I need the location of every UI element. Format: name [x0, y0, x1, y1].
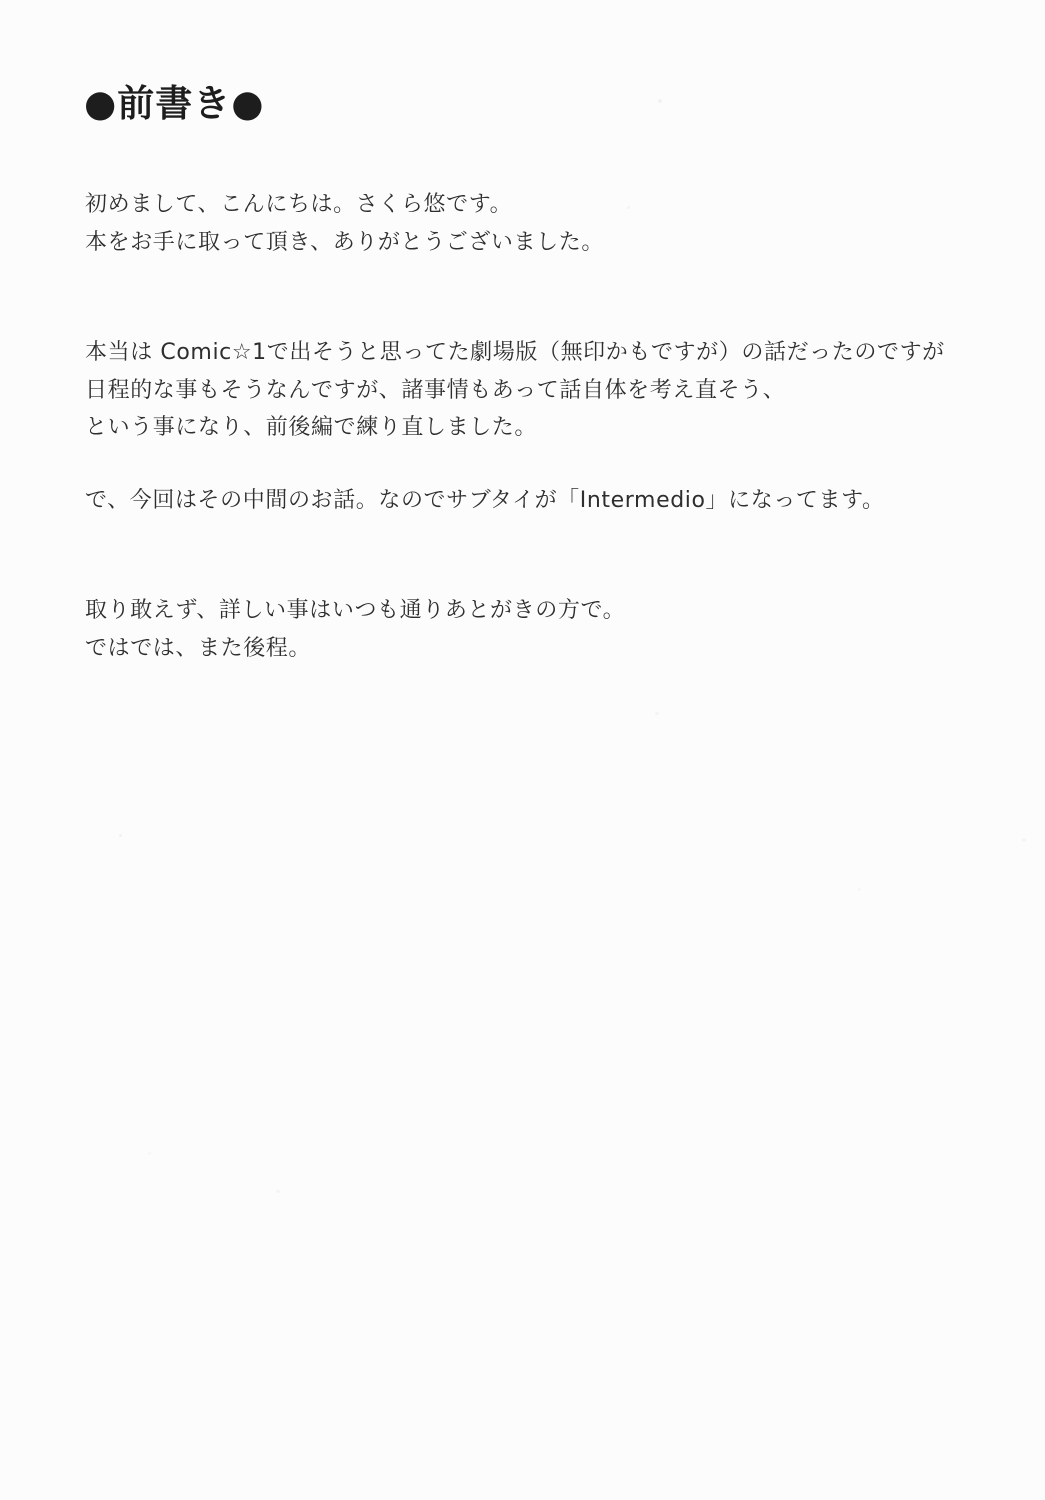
- scan-speck: [658, 99, 662, 103]
- text-line: ではでは、また後程。: [85, 630, 625, 668]
- scan-speck: [1022, 838, 1026, 842]
- scan-speck: [276, 1190, 280, 1193]
- text-line: という事になり、前後編で練り直しました。: [85, 409, 945, 447]
- scan-speck: [119, 834, 122, 837]
- scan-speck: [655, 712, 659, 715]
- scan-speck: [858, 888, 861, 891]
- scan-speck: [148, 1152, 151, 1155]
- paragraph-subtitle-note: で、今回はその中間のお話。なのでサブタイが「Intermedio」になってます。: [85, 482, 885, 520]
- text-line: 日程的な事もそうなんですが、諸事情もあって話自体を考え直そう、: [85, 372, 945, 410]
- text-line: 本当は Comic☆1で出そうと思ってた劇場版（無印かもですが）の話だったのです…: [85, 334, 945, 372]
- text-line: 初めまして、こんにちは。さくら悠です。: [85, 186, 604, 224]
- paragraph-greeting: 初めまして、こんにちは。さくら悠です。 本をお手に取って頂き、ありがとうございま…: [85, 186, 604, 261]
- text-line: で、今回はその中間のお話。なのでサブタイが「Intermedio」になってます。: [85, 482, 885, 520]
- text-line: 本をお手に取って頂き、ありがとうございました。: [85, 224, 604, 262]
- scan-speck: [627, 206, 630, 209]
- paragraph-closing: 取り敢えず、詳しい事はいつも通りあとがきの方で。 ではでは、また後程。: [85, 592, 625, 667]
- text-line: 取り敢えず、詳しい事はいつも通りあとがきの方で。: [85, 592, 625, 630]
- page-title: ●前書き●: [84, 82, 265, 126]
- paragraph-background: 本当は Comic☆1で出そうと思ってた劇場版（無印かもですが）の話だったのです…: [85, 334, 945, 447]
- scanned-preface-page: ●前書き● 初めまして、こんにちは。さくら悠です。 本をお手に取って頂き、ありが…: [0, 0, 1045, 1500]
